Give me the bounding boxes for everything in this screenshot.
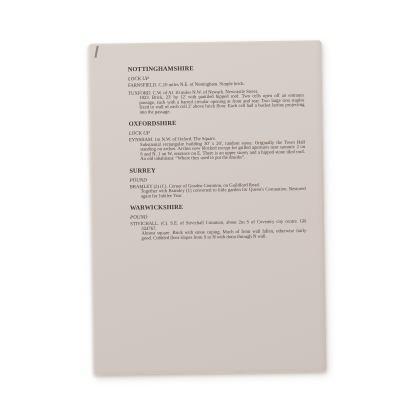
entry-stivichall: STIVICHALL. (C). S.E. of Stivichall Comm…: [130, 219, 306, 241]
entry-farnsfield: FARNSFIELD. C.10 miles N.E. of Nottingha…: [128, 81, 304, 89]
section-surrey: SURREY POUND BRAMLEY (2) (C). Corner of …: [129, 165, 305, 200]
county-heading-nottinghamshire: NOTTINGHAMSHIRE: [128, 63, 304, 72]
section-warwickshire: WARWICKSHIRE POUND STIVICHALL. (C). S.E.…: [130, 202, 307, 241]
entry-body: Almost square. Brick with stone coping. …: [141, 229, 306, 241]
entry-body: Together with Bramley (1) converted to l…: [141, 187, 306, 199]
photo-background: NOTTINGHAMSHIRE LOCK UP FARNSFIELD. C.10…: [0, 0, 416, 416]
entry-bramley: BRAMLEY (2) (C). Corner of Gosden Common…: [130, 182, 306, 199]
section-oxfordshire: OXFORDSHIRE LOCK UP EYNSHAM. 1m N.W. of …: [129, 118, 306, 162]
county-heading-surrey: SURREY: [129, 165, 305, 174]
pen-mark: [94, 46, 98, 58]
entry-eynsham: EYNSHAM. 1m N.W. of Oxford. The Square. …: [129, 135, 305, 162]
page-content: NOTTINGHAMSHIRE LOCK UP FARNSFIELD. C.10…: [128, 63, 307, 241]
book-page: NOTTINGHAMSHIRE LOCK UP FARNSFIELD. C.10…: [88, 40, 326, 375]
entry-body: Substantial rectangular building 30' x 2…: [140, 140, 305, 162]
county-heading-oxfordshire: OXFORDSHIRE: [129, 118, 305, 127]
section-nottinghamshire: NOTTINGHAMSHIRE LOCK UP FARNSFIELD. C.10…: [128, 63, 305, 115]
entry-body: 1823. Brick, 23' by 12' with pantiled hi…: [139, 93, 304, 115]
county-heading-warwickshire: WARWICKSHIRE: [130, 202, 306, 211]
entry-tuxford: TUXFORD. C.W. of A1 10 miles N.W. of New…: [128, 89, 304, 116]
entry-head: FARNSFIELD. C.10 miles N.E. of Nottingha…: [128, 81, 304, 89]
